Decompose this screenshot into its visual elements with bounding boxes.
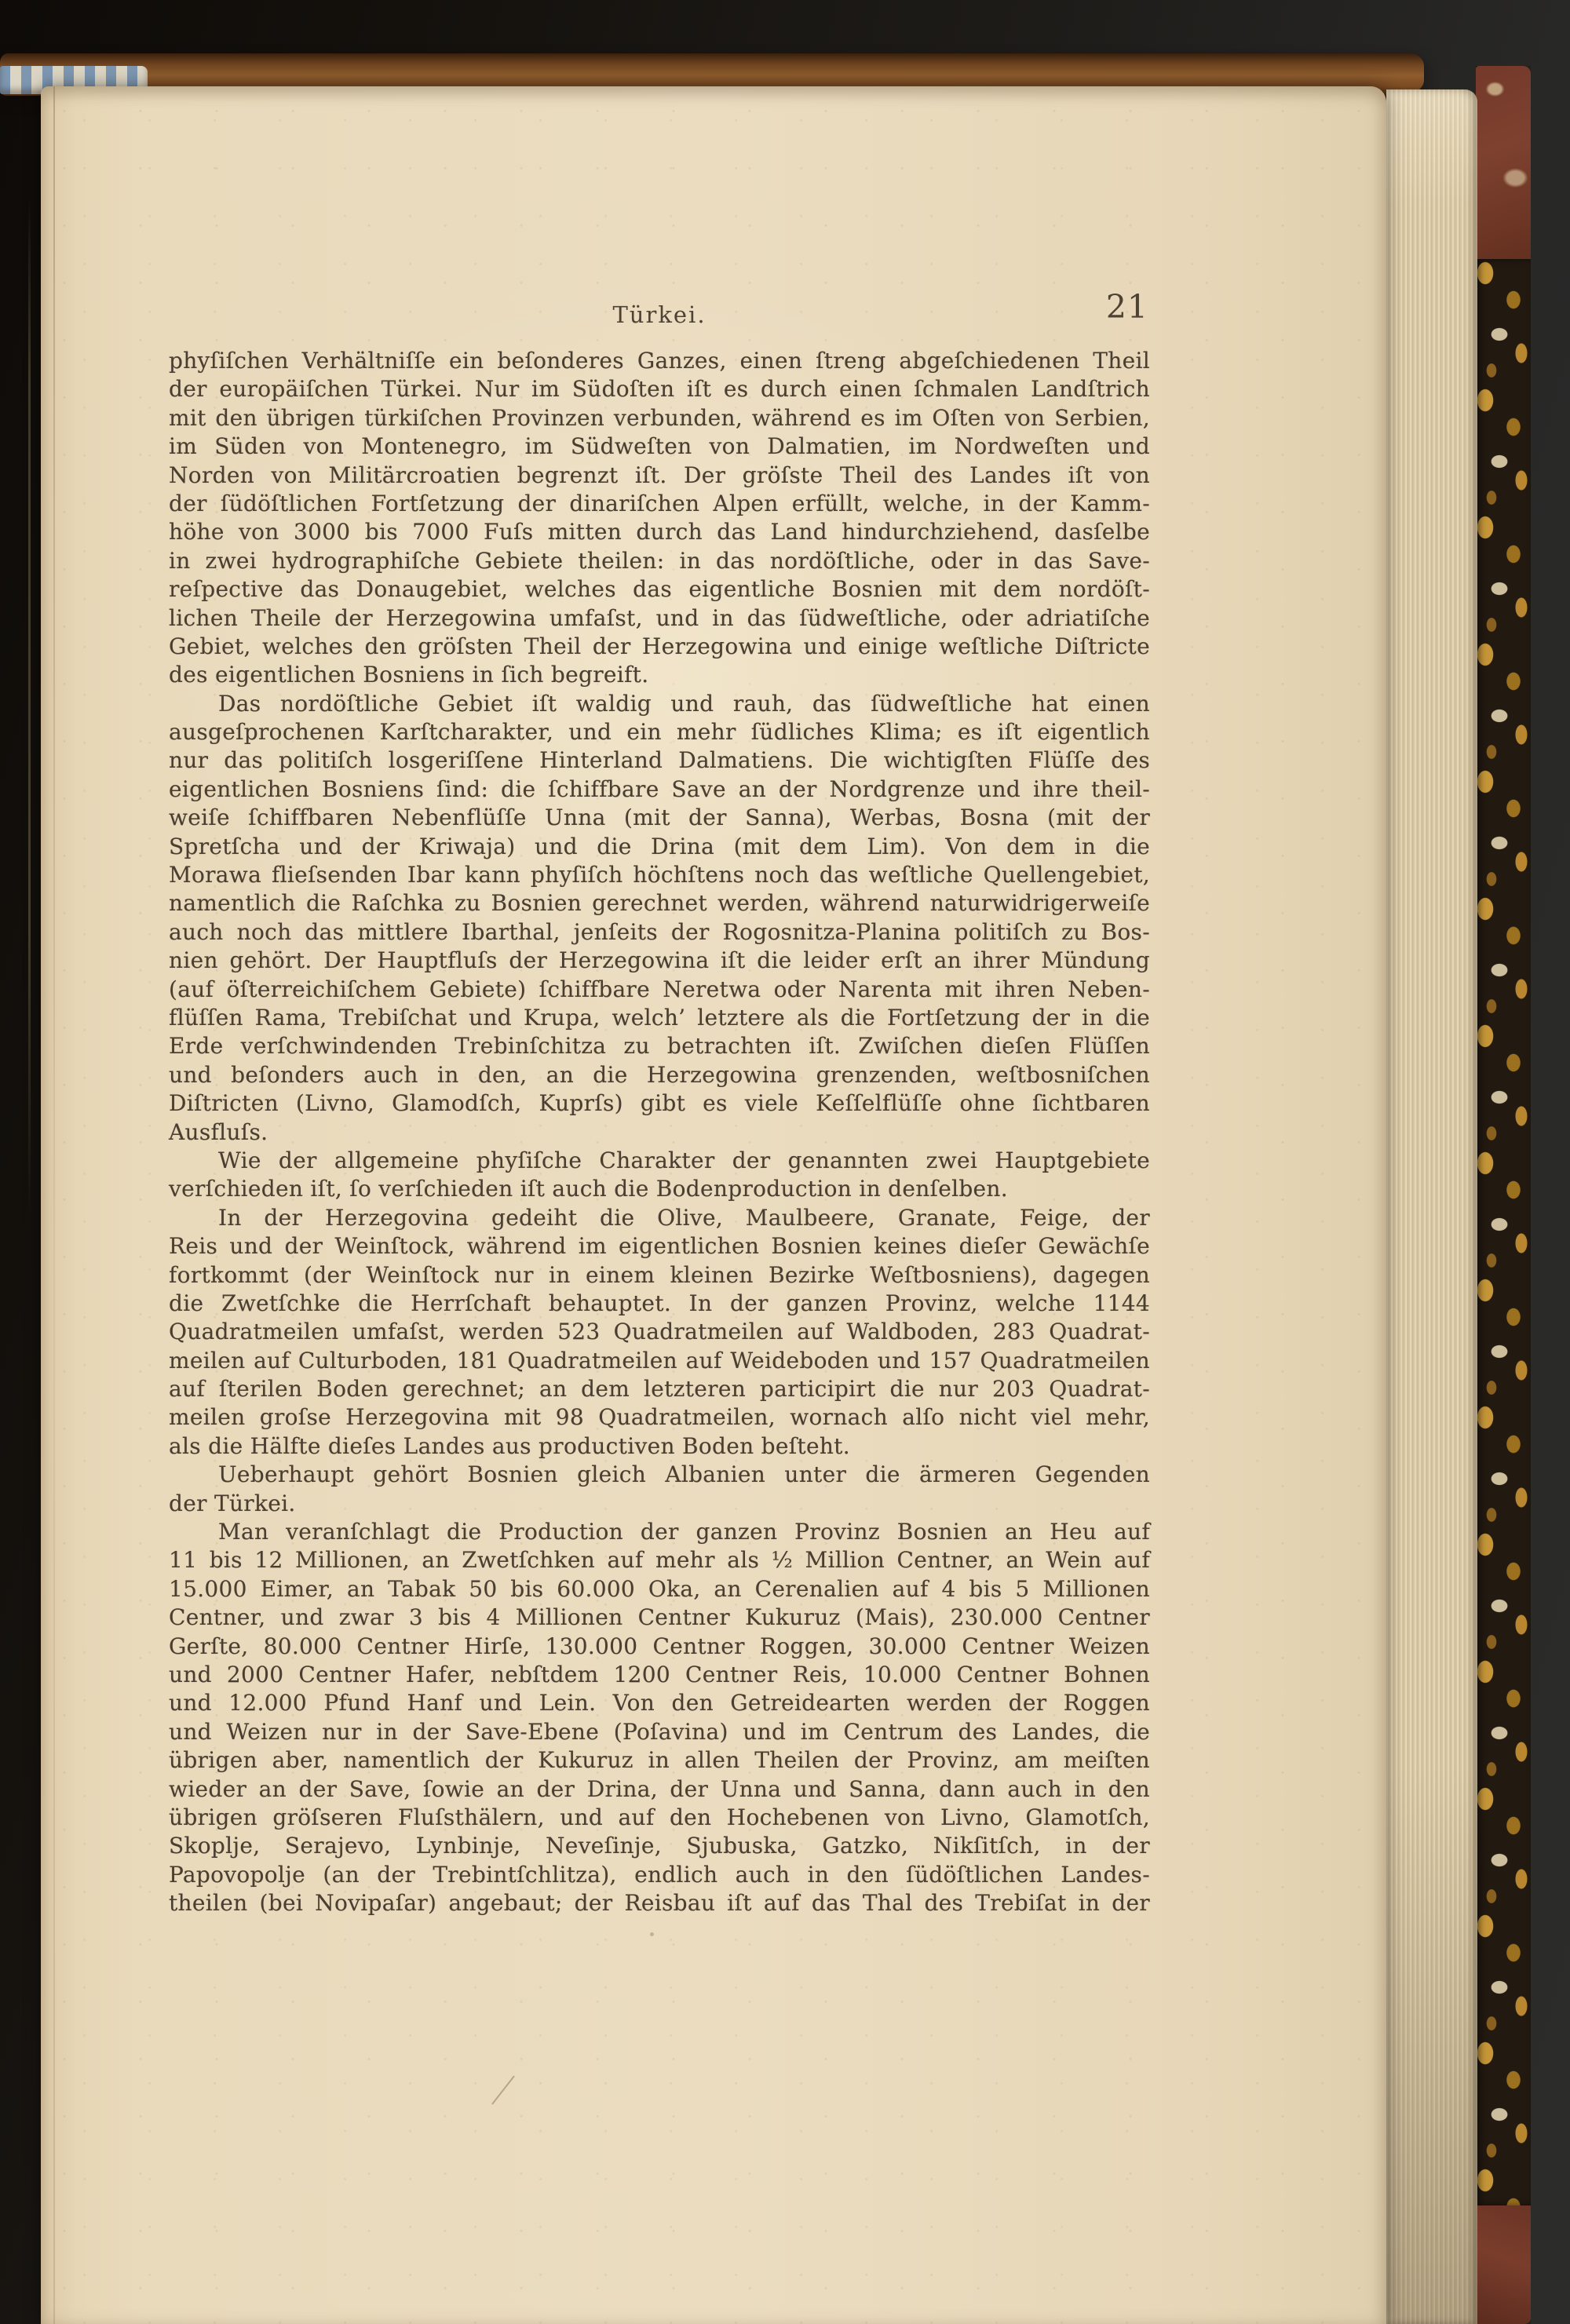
text-line: Wie der allgemeine phyſiſche Charakter d… (169, 1147, 1150, 1175)
book-cover-right (1476, 66, 1531, 2324)
paragraph: Wie der allgemeine phyſiſche Charakter d… (169, 1147, 1150, 1204)
paper-speck (491, 2075, 515, 2104)
text-line: in zwei hydrographiſche Gebiete theilen:… (169, 547, 1150, 575)
cover-corner-leather-bottom (1476, 2205, 1531, 2324)
text-line: auch noch das mittlere Ibarthal, jenſeit… (169, 918, 1150, 947)
text-line: auf ſterilen Boden gerechnet; an dem let… (169, 1375, 1150, 1403)
text-line: Gebiet, welches den gröſsten Theil der H… (169, 633, 1150, 661)
text-line: und 12.000 Pfund Hanf und Lein. Von den … (169, 1689, 1150, 1717)
text-line: der ſüdöſtlichen Fortſetzung der dinariſ… (169, 490, 1150, 518)
text-line: Morawa flieſsenden Ibar kann phyſiſch hö… (169, 861, 1150, 889)
text-line: Spretſcha und der Kriwaja) und die Drina… (169, 833, 1150, 861)
text-line: mit den übrigen türkiſchen Provinzen ver… (169, 404, 1150, 432)
text-line: Ueberhaupt gehört Bosnien gleich Albanie… (169, 1461, 1150, 1489)
text-line: Reis und der Weinſtock, während im eigen… (169, 1232, 1150, 1261)
paper-speck (650, 1932, 654, 1936)
book-fore-edge-pages (1386, 89, 1477, 2324)
book-page: Türkei. 21 phyſiſchen Verhältniſſe ein b… (41, 86, 1386, 2324)
text-line: im Süden von Montenegro, im Südweſten vo… (169, 432, 1150, 461)
text-line: Ausfluſs. (169, 1118, 1150, 1147)
paragraph: Das nordöſtliche Gebiet iſt waldig und r… (169, 690, 1150, 1147)
text-line: wieder an der Save, ſowie an der Drina, … (169, 1775, 1150, 1804)
text-line: flüſſen Rama, Trebiſchat und Krupa, welc… (169, 1004, 1150, 1032)
text-line: namentlich die Raſchka zu Bosnien gerech… (169, 889, 1150, 918)
text-line: Erde verſchwindenden Trebinſchitza zu be… (169, 1032, 1150, 1060)
paragraph: phyſiſchen Verhältniſſe ein beſonderes G… (169, 347, 1150, 690)
paragraph: In der Herzegovina gedeiht die Olive, Ma… (169, 1204, 1150, 1461)
text-line: des eigentlichen Bosniens in ſich begrei… (169, 661, 1150, 689)
text-line: theilen (bei Novipaſar) angebaut; der Re… (169, 1889, 1150, 1917)
text-line: ausgeſprochenen Karſtcharakter, und ein … (169, 718, 1150, 746)
text-line: 15.000 Eimer, an Tabak 50 bis 60.000 Oka… (169, 1575, 1150, 1603)
text-line: Norden von Militärcroatien begrenzt iſt.… (169, 462, 1150, 490)
paragraph: Man veranſchlagt die Production der ganz… (169, 1518, 1150, 1917)
text-line: 11 bis 12 Millionen, an Zwetſchken auf m… (169, 1546, 1150, 1574)
text-line: phyſiſchen Verhältniſſe ein beſonderes G… (169, 347, 1150, 375)
text-line: lichen Theile der Herzegowina umfaſst, u… (169, 604, 1150, 633)
text-line: Gerſte, 80.000 Centner Hirſe, 130.000 Ce… (169, 1633, 1150, 1661)
text-line: meilen groſse Herzegovina mit 98 Quadrat… (169, 1403, 1150, 1432)
running-title: Türkei. (169, 301, 1150, 328)
text-line: übrigen aber, namentlich der Kukuruz in … (169, 1746, 1150, 1775)
text-line: übrigen gröſseren Fluſsthälern, und auf … (169, 1804, 1150, 1832)
screenshot-root: Türkei. 21 phyſiſchen Verhältniſſe ein b… (0, 0, 1570, 2324)
text-line: fortkommt (der Weinſtock nur in einem kl… (169, 1261, 1150, 1290)
text-line: reſpective das Donaugebiet, welches das … (169, 575, 1150, 604)
text-line: Diſtricten (Livno, Glamodſch, Kuprſs) gi… (169, 1089, 1150, 1118)
paragraph: Ueberhaupt gehört Bosnien gleich Albanie… (169, 1461, 1150, 1518)
text-line: als die Hälfte dieſes Landes aus product… (169, 1432, 1150, 1461)
text-line: und Weizen nur in der Save-Ebene (Poſavi… (169, 1718, 1150, 1746)
text-line: Man veranſchlagt die Production der ganz… (169, 1518, 1150, 1546)
text-line: verſchieden iſt, ſo verſchieden iſt auch… (169, 1175, 1150, 1203)
text-line: nien gehört. Der Hauptfluſs der Herzegow… (169, 947, 1150, 975)
page-header: Türkei. 21 (169, 292, 1150, 342)
text-line: Skoplje, Serajevo, Lynbinje, Neveſinje, … (169, 1832, 1150, 1860)
text-line: nur das politiſch losgeriſſene Hinterlan… (169, 746, 1150, 775)
text-line: Das nordöſtliche Gebiet iſt waldig und r… (169, 690, 1150, 718)
text-line: Centner, und zwar 3 bis 4 Millionen Cent… (169, 1603, 1150, 1632)
text-line: (auf öſterreichiſchem Gebiete) ſchiffbar… (169, 976, 1150, 1004)
text-line: der europäiſchen Türkei. Nur im Südoſten… (169, 375, 1150, 403)
text-line: meilen auf Culturboden, 181 Quadratmeile… (169, 1347, 1150, 1375)
text-line: und 2000 Centner Hafer, nebſtdem 1200 Ce… (169, 1661, 1150, 1689)
cover-corner-leather-top (1476, 66, 1531, 259)
page-crease (53, 86, 55, 2324)
text-line: die Zwetſchke die Herrſchaft behauptet. … (169, 1290, 1150, 1318)
text-line: und beſonders auch in den, an die Herzeg… (169, 1061, 1150, 1089)
page-number: 21 (1106, 289, 1148, 325)
text-line: weiſe ſchiffbaren Nebenflüſſe Unna (mit … (169, 804, 1150, 832)
text-line: höhe von 3000 bis 7000 Fuſs mitten durch… (169, 518, 1150, 546)
cover-marbled-paper (1476, 259, 1531, 2205)
text-line: eigentlichen Bosniens ſind: die ſchiffba… (169, 775, 1150, 804)
back-cover-edge (28, 196, 31, 1217)
text-line: In der Herzegovina gedeiht die Olive, Ma… (169, 1204, 1150, 1232)
text-line: der Türkei. (169, 1490, 1150, 1518)
text-line: Papovopolje (an der Trebintſchlitza), en… (169, 1861, 1150, 1889)
page-text: phyſiſchen Verhältniſſe ein beſonderes G… (169, 347, 1150, 1917)
text-line: Quadratmeilen umfaſst, werden 523 Quadra… (169, 1318, 1150, 1346)
